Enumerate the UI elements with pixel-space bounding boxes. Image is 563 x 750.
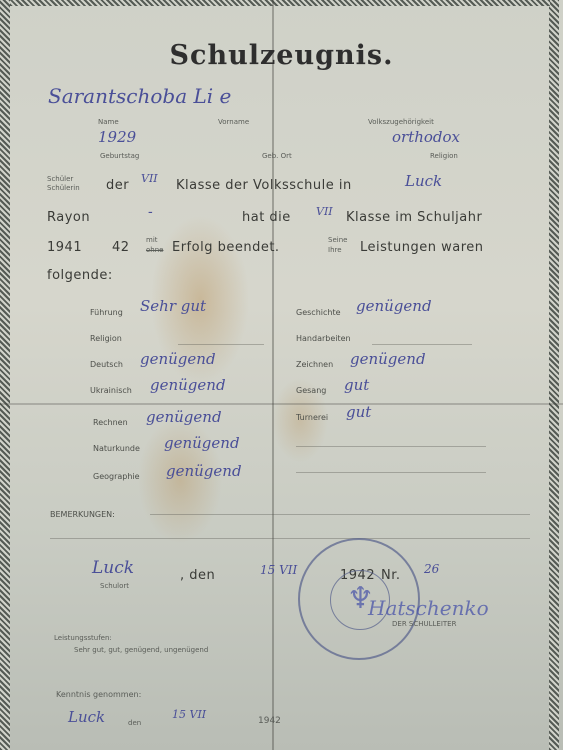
name-value: Sarantschoba Li e (48, 84, 231, 108)
subject-zeichnen: Zeichnen (296, 360, 333, 369)
grade-geschichte: genügend (356, 297, 432, 315)
decorative-border-left (0, 0, 10, 750)
den-text: , den (180, 568, 215, 583)
document-title: Schulzeugnis. (0, 40, 563, 71)
scale-label: Leistungsstufen: (54, 634, 112, 642)
leistungen-waren-text: Leistungen waren (360, 240, 484, 255)
subject-ukrainisch: Ukrainisch (90, 386, 132, 395)
remarks-line-1 (150, 514, 530, 515)
grade-fuehrung: Sehr gut (140, 297, 206, 315)
folgende-text: folgende: (47, 268, 113, 283)
scale-values: Sehr gut, gut, genügend, ungenügend (74, 646, 208, 654)
schulort-label: Schulort (100, 582, 129, 590)
remarks-line-2 (50, 538, 530, 539)
fold-line-vertical (272, 0, 274, 750)
grade-line-religion (178, 344, 264, 345)
subject-religion: Religion (90, 334, 122, 343)
subject-rechnen: Rechnen (93, 418, 128, 427)
acknowledged-place: Luck (68, 708, 105, 726)
remarks-label: BEMERKUNGEN: (50, 510, 115, 519)
geb-ort-label: Geb. Ort (262, 152, 292, 160)
grade-rechnen: genügend (146, 408, 222, 426)
nr-value: 26 (424, 562, 439, 576)
geburtstag-label: Geburtstag (100, 152, 139, 160)
klasse-value-2: VII (316, 205, 333, 218)
grade-line-handarbeiten (372, 344, 472, 345)
document-photo: Schulzeugnis. Sarantschoba Li e Name Vor… (0, 0, 563, 750)
subject-gesang: Gesang (296, 386, 326, 395)
year-end: 42 (112, 240, 130, 255)
acknowledged-year: 1942 (258, 716, 281, 726)
klasse-schuljahr-text: Klasse im Schuljahr (346, 210, 482, 225)
empty-grade-line-2 (296, 472, 486, 473)
mit-label: mit (146, 236, 158, 244)
subject-geographie: Geographie (93, 472, 140, 481)
decorative-border-top (10, 0, 550, 6)
grade-gesang: gut (344, 376, 369, 394)
der-text: der (106, 178, 129, 193)
klasse-value: VII (141, 172, 158, 185)
decorative-border-right (549, 0, 559, 750)
subject-turnerei: Turnerei (296, 413, 328, 422)
erfolg-beendet-text: Erfolg beendet. (172, 240, 280, 255)
schuelerin-label: Schülerin (47, 184, 80, 192)
principal-signature: Hatschenko (368, 596, 489, 620)
religion-label: Religion (430, 152, 458, 160)
rayon-text: Rayon (47, 210, 90, 225)
name-label: Name (98, 118, 119, 126)
subject-deutsch: Deutsch (90, 360, 123, 369)
rayon-value: - (148, 204, 153, 220)
klasse-volksschule-text: Klasse der Volksschule in (176, 178, 352, 193)
subject-naturkunde: Naturkunde (93, 444, 140, 453)
volkszugehoerigkeit-label: Volkszugehörigkeit (368, 118, 434, 126)
empty-grade-line-1 (296, 446, 486, 447)
fold-line-horizontal (0, 403, 563, 405)
acknowledged-den: den (128, 719, 141, 727)
grade-geographie: genügend (166, 462, 242, 480)
birth-year-value: 1929 (98, 128, 136, 146)
religion-value: orthodox (392, 128, 460, 146)
ort-value: Luck (405, 172, 442, 190)
date-value: 15 VII (260, 563, 297, 577)
vorname-label: Vorname (218, 118, 249, 126)
year-start: 1941 (47, 240, 82, 255)
acknowledged-date: 15 VII (172, 708, 206, 721)
hat-die-text: hat die (242, 210, 291, 225)
subject-fuehrung: Führung (90, 308, 123, 317)
subject-geschichte: Geschichte (296, 308, 341, 317)
schulleiter-label: DER SCHULLEITER (392, 620, 456, 628)
schulort-value: Luck (92, 558, 134, 578)
subject-handarbeiten: Handarbeiten (296, 334, 351, 343)
acknowledged-label: Kenntnis genommen: (56, 690, 141, 699)
grade-zeichnen: genügend (350, 350, 426, 368)
ohne-label: ohne (146, 246, 163, 254)
grade-deutsch: genügend (140, 350, 216, 368)
grade-turnerei: gut (346, 403, 371, 421)
seine-label: Seine (328, 236, 347, 244)
schueler-label: Schüler (47, 175, 73, 183)
grade-naturkunde: genügend (164, 434, 240, 452)
grade-ukrainisch: genügend (150, 376, 226, 394)
ihre-label: Ihre (328, 246, 342, 254)
